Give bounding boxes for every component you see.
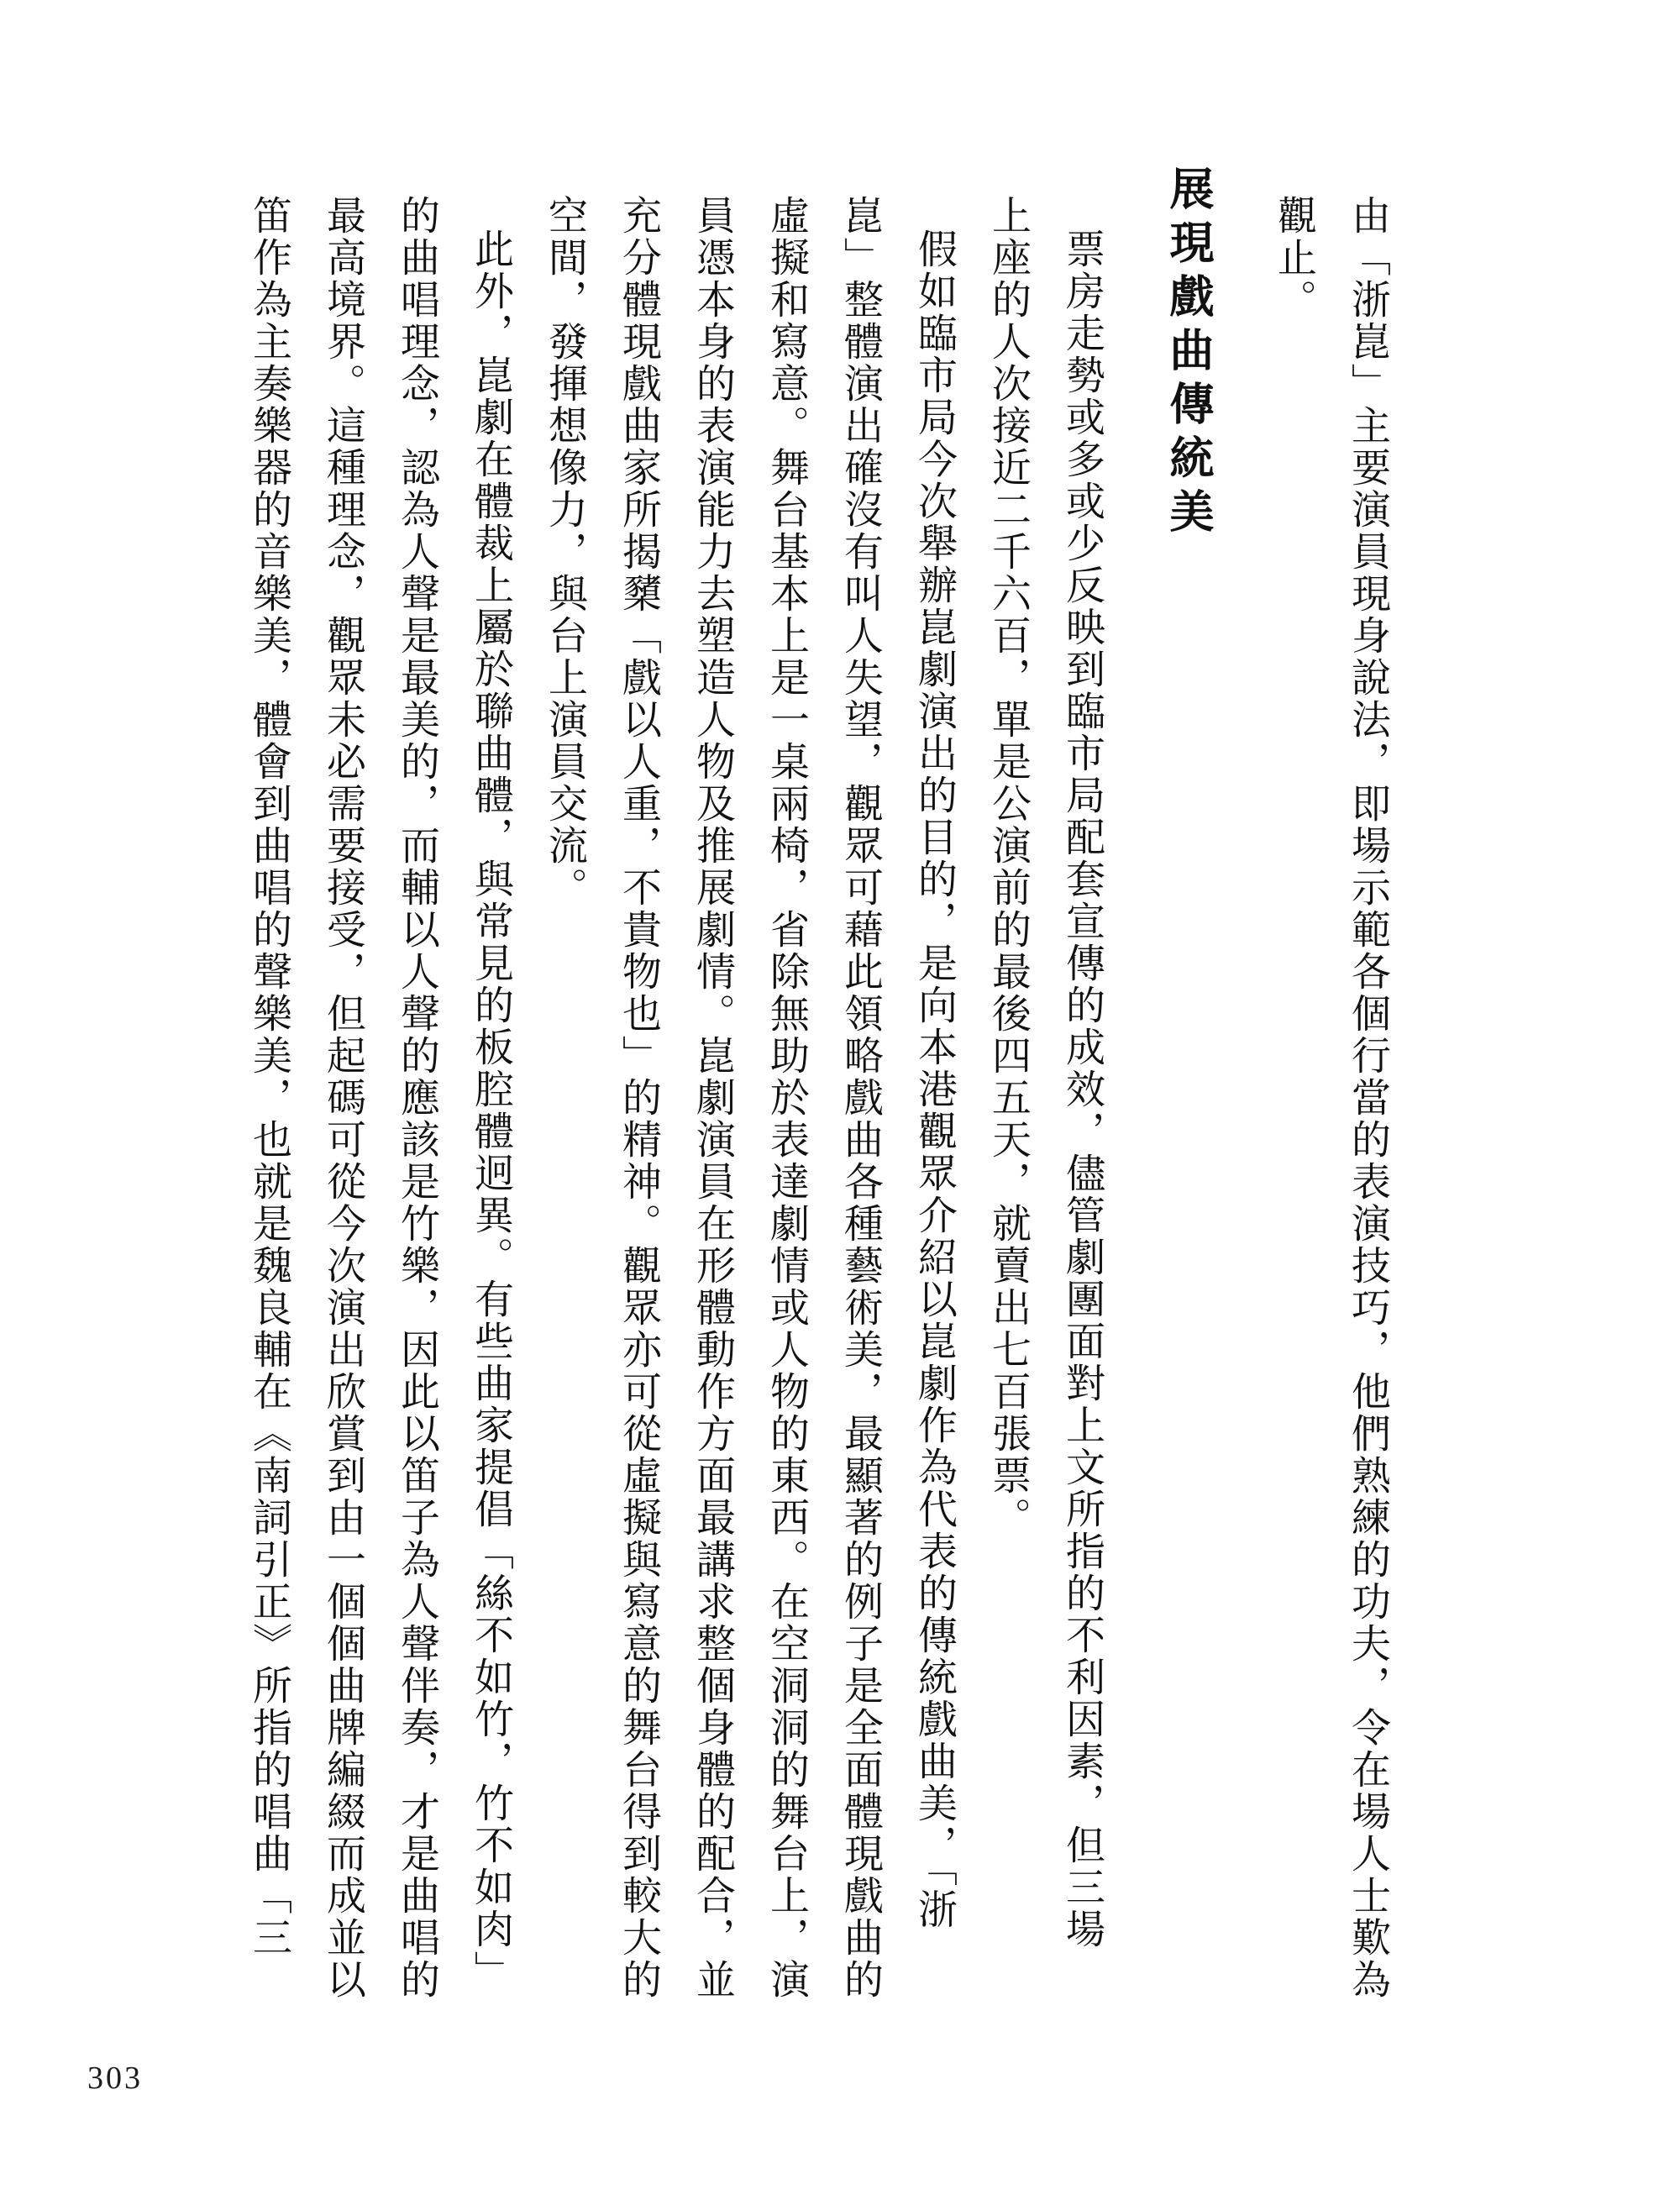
text-column: 假如臨市局今次舉辦崑劇演出的目的，是向本港觀眾介紹以崑劇作為代表的傳統戲曲美，「… xyxy=(897,165,971,2089)
text-column: 崑」整體演出確沒有叫人失望，觀眾可藉此領略戲曲各種藝術美，最顯著的例子是全面體現… xyxy=(823,165,897,2089)
text-column: 由「浙崑」主要演員現身說法，即場示範各個行當的表演技巧，他們熟練的功夫，令在場人… xyxy=(1331,165,1404,2089)
text-column: 的曲唱理念，認為人聲是最美的，而輔以人聲的應該是竹樂，因此以笛子為人聲伴奏，才是… xyxy=(380,165,454,2089)
section-heading: 展現戲曲傳統美 xyxy=(1151,165,1225,2089)
text-column: 虛擬和寫意。舞台基本上是一桌兩椅，省除無助於表達劇情或人物的東西。在空洞洞的舞台… xyxy=(749,165,823,2089)
text-column: 空間，發揮想像力，與台上演員交流。 xyxy=(528,165,601,2089)
text-column: 充分體現戲曲家所揭櫫「戲以人重，不貴物也」的精神。觀眾亦可從虛擬與寫意的舞台得到… xyxy=(601,165,675,2089)
text-column: 此外，崑劇在體裁上屬於聯曲體，與常見的板腔體迥異。有些曲家提倡「絲不如竹，竹不如… xyxy=(454,165,528,2089)
article-text-block: 由「浙崑」主要演員現身說法，即場示範各個行當的表演技巧，他們熟練的功夫，令在場人… xyxy=(232,165,1404,2089)
text-column: 上座的人次接近二千六百，單是公演前的最後四五天，就賣出七百張票。 xyxy=(971,165,1045,2089)
text-column: 最高境界。這種理念，觀眾未必需要接受，但起碼可從今次演出欣賞到由一個個曲牌編綴而… xyxy=(306,165,380,2089)
text-column: 票房走勢或多或少反映到臨市局配套宣傳的成效，儘管劇團面對上文所指的不利因素，但三… xyxy=(1045,165,1119,2089)
page-number: 303 xyxy=(87,2060,143,2097)
book-page: 由「浙崑」主要演員現身說法，即場示範各個行當的表演技巧，他們熟練的功夫，令在場人… xyxy=(0,0,1680,2205)
text-column: 觀止。 xyxy=(1257,165,1331,2089)
text-column: 員憑本身的表演能力去塑造人物及推展劇情。崑劇演員在形體動作方面最講求整個身體的配… xyxy=(675,165,749,2089)
text-column: 笛作為主奏樂器的音樂美，體會到曲唱的聲樂美，也就是魏良輔在《南詞引正》所指的唱曲… xyxy=(232,165,306,2089)
